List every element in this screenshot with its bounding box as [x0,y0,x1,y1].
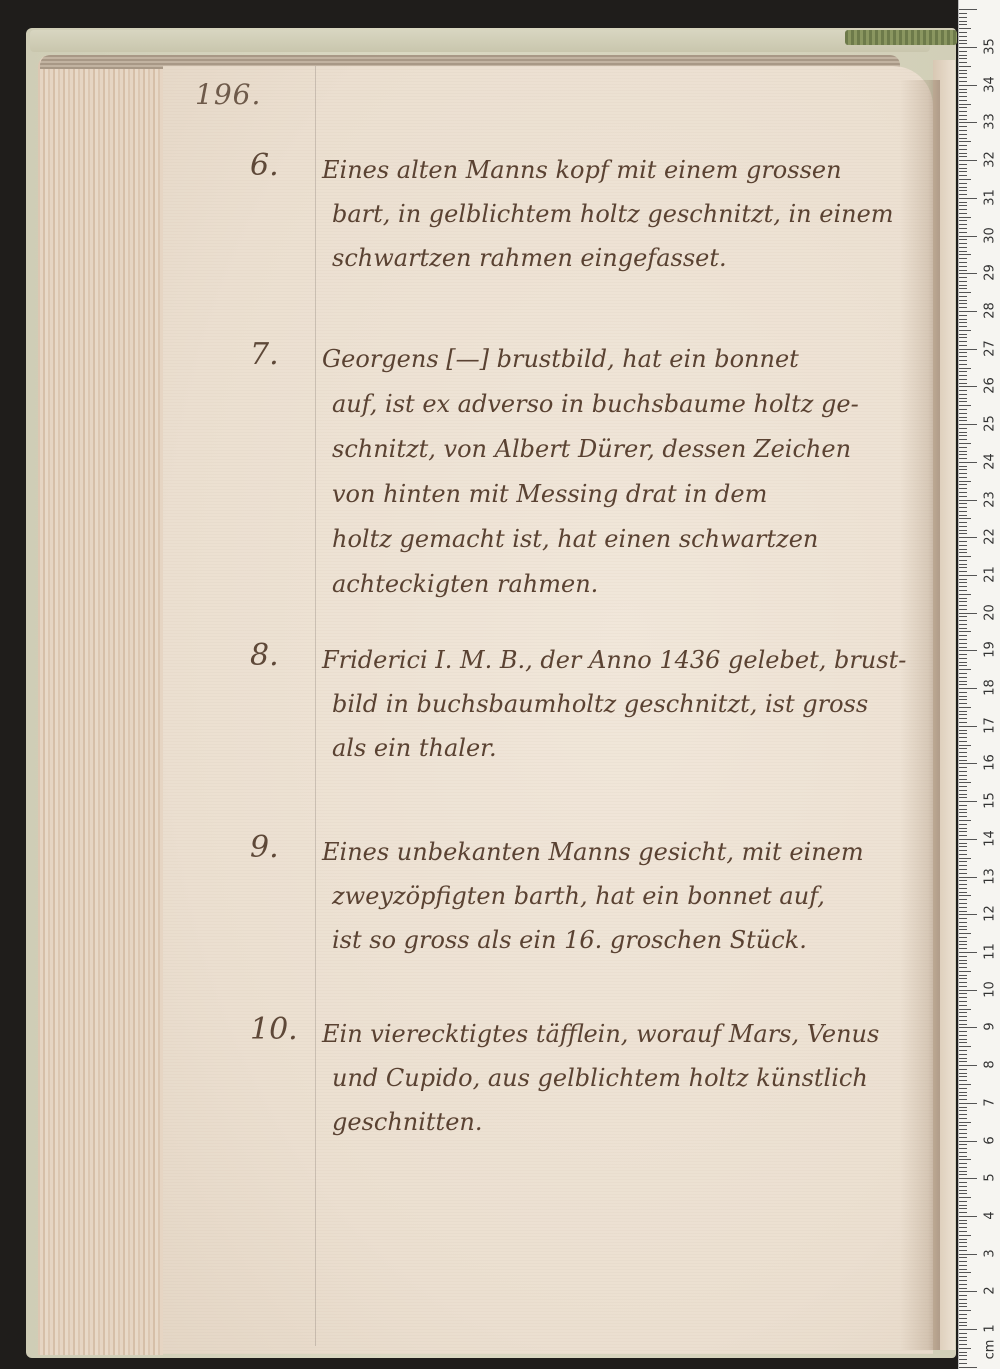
ruler-tick [959,1208,967,1209]
ruler-tick [959,13,967,14]
ruler-tick [959,564,967,565]
ruler-tick [959,100,967,101]
ruler-tick [959,1352,967,1353]
ruler-cm-label: 31 [983,186,998,208]
entry-number: 6. [250,148,305,183]
entry-line: bart, in gelblichtem holtz geschnitzt, i… [322,192,912,236]
ruler-cm-label: 11 [983,940,998,962]
ruler-tick [959,77,967,78]
ruler-tick [959,1133,967,1134]
entry-line: schwartzen rahmen eingefasset. [322,236,912,280]
ruler-tick [959,273,977,274]
ruler-tick [959,692,967,693]
ruler-tick [959,1344,967,1345]
ruler-tick [959,330,971,331]
ruler-tick [959,462,977,463]
ruler-tick [959,58,967,59]
ruler-tick [959,345,967,346]
ruler-tick [959,92,967,93]
ruler-tick [959,1016,967,1017]
ruler-cm-label: 28 [983,299,998,321]
ruler-tick [959,1174,967,1175]
ruler-tick [959,1042,967,1043]
ruler-tick [959,409,967,410]
ruler-tick [959,763,977,764]
ruler-cm-label: 2 [983,1280,998,1302]
ruler-tick [959,609,967,610]
entry-line: ist so gross als ein 16. groschen Stück. [322,918,912,962]
ruler-cm-label: 1 [983,1318,998,1340]
ruler-tick [959,775,967,776]
ruler-tick [959,635,967,636]
ruler-tick [959,1129,967,1130]
ruler-tick [959,1269,967,1270]
measurement-ruler-cm: cm 3534333231302928272625242322212019181… [958,0,1000,1369]
ruler-tick [959,187,967,188]
ruler-tick [959,1012,967,1013]
ruler-cm-label: 24 [983,450,998,472]
ruler-tick [959,243,967,244]
ruler-tick [959,944,967,945]
ruler-tick [959,1065,977,1066]
ruler-tick [959,488,967,489]
ruler-tick [959,1080,967,1081]
ruler-tick [959,911,967,912]
ruler-tick [959,541,967,542]
ruler-tick [959,1337,967,1338]
ruler-tick [959,352,967,353]
ruler-tick [959,963,967,964]
ruler-tick [959,1314,967,1315]
entry-line: Eines unbekanten Manns gesicht, mit eine… [322,830,912,874]
ruler-tick [959,266,967,267]
entry-line: Ein vierecktigtes täfflein, worauf Mars,… [322,1012,912,1056]
entry-line: und Cupido, aus gelblichtem holtz künstl… [322,1056,912,1100]
ruler-tick [959,978,967,979]
ruler-tick [959,1190,967,1191]
ruler-tick [959,428,967,429]
entry-number: 7. [250,337,305,372]
entry-number: 8. [250,638,305,673]
ruler-tick [959,322,967,323]
ruler-tick [959,451,967,452]
ruler-tick [959,73,967,74]
ruler-tick [959,1306,967,1307]
ruler-tick [959,952,977,953]
ruler-tick [959,390,967,391]
ruler-tick [959,854,967,855]
ruler-tick [959,43,967,44]
ruler-tick [959,1295,967,1296]
ruler-tick [959,812,967,813]
ruler-tick [959,281,967,282]
ruler-tick [959,880,967,881]
ruler-tick [959,209,967,210]
book-binding-top-edge [30,30,930,52]
ruler-tick [959,549,967,550]
ruler-tick [959,405,971,406]
ruler-tick [959,575,977,576]
ruler-tick [959,681,967,682]
entry-text: Friderici I. M. B., der Anno 1436 gelebe… [322,638,912,770]
ruler-tick [959,1280,967,1281]
ruler-tick [959,816,967,817]
ruler-tick [959,828,967,829]
ruler-tick [959,198,977,199]
ruler-tick [959,877,977,878]
ruler-tick [959,285,967,286]
ruler-tick [959,1163,967,1164]
ruler-tick [959,843,967,844]
ruler-tick [959,971,971,972]
ruler-tick [959,1254,977,1255]
ruler-tick [959,1239,967,1240]
ruler-tick [959,1118,967,1119]
entry-line: von hinten mit Messing drat in dem [322,472,912,517]
ruler-tick [959,153,967,154]
ruler-tick [959,892,967,893]
ruler-tick [959,711,967,712]
ruler-cm-label: 16 [983,752,998,774]
ruler-tick [959,341,967,342]
ruler-tick [959,741,967,742]
ruler-tick [959,1159,971,1160]
ruler-cm-label: 23 [983,488,998,510]
ruler-tick [959,1054,967,1055]
ruler-tick [959,1193,967,1194]
ruler-tick [959,714,967,715]
ruler-cm-label: 4 [983,1204,998,1226]
ruler-tick [959,1257,967,1258]
ruler-tick [959,171,967,172]
entry-line: schnitzt, von Albert Dürer, dessen Zeich… [322,427,912,472]
ruler-cm-label: 32 [983,149,998,171]
ruler-tick [959,383,967,384]
ruler-tick [959,933,971,934]
page-fore-edge-stack [38,55,163,1355]
ruler-tick [959,801,977,802]
ruler-tick [959,503,967,504]
ruler-cm-label: 35 [983,36,998,58]
ruler-cm-label: 18 [983,677,998,699]
ruler-tick [959,435,967,436]
ruler-tick [959,251,967,252]
ruler-tick [959,194,967,195]
ruler-tick [959,756,967,757]
entry-line: auf, ist ex adverso in buchsbaume holtz … [322,382,912,427]
ruler-tick [959,296,967,297]
ruler-cm-label: 9 [983,1016,998,1038]
ruler-tick [959,262,967,263]
ruler-tick [959,303,967,304]
ruler-cm-label: 14 [983,827,998,849]
ruler-tick [959,986,967,987]
entry-line: geschnitten. [322,1100,912,1144]
ruler-tick [959,507,967,508]
ruler-tick [959,982,967,983]
ruler-tick [959,858,971,859]
ruler-tick [959,601,967,602]
ruler-cm-label: 33 [983,111,998,133]
ruler-tick [959,1201,967,1202]
ruler-tick [959,620,967,621]
ruler-tick [959,156,967,157]
ruler-tick [959,51,967,52]
ruler-tick [959,183,967,184]
ruler-tick [959,145,967,146]
ruler-tick [959,228,967,229]
ruler-tick [959,1227,967,1228]
ruler-tick [959,1284,967,1285]
ruler-tick [959,424,977,425]
ruler-tick [959,1355,967,1356]
ruler-tick [959,1114,967,1115]
ruler-tick [959,360,967,361]
ruler-unit-label: cm [983,1339,998,1361]
entry-line: bild in buchsbaumholtz geschnitzt, ist g… [322,682,912,726]
ruler-tick [959,28,971,29]
ruler-tick [959,1303,967,1304]
ruler-tick [959,55,967,56]
ruler-tick [959,492,967,493]
ruler-tick [959,1246,967,1247]
ruler-tick [959,515,967,516]
ruler-cm-label: 34 [983,73,998,95]
ruler-tick [959,594,971,595]
ruler-tick [959,1325,967,1326]
ruler-tick [959,24,967,25]
ruler-tick [959,552,967,553]
ruler-tick [959,797,967,798]
ruler-tick [959,47,977,48]
ruler-tick [959,1061,967,1062]
ruler-tick [959,168,967,169]
ruler-tick [959,496,967,497]
ruler-tick [959,401,967,402]
ruler-tick [959,213,967,214]
ruler-tick [959,545,967,546]
ruler-tick [959,1035,967,1036]
ruler-tick [959,1122,971,1123]
ruler-tick [959,737,967,738]
ruler-cm-label: 19 [983,639,998,661]
ruler-tick [959,707,971,708]
ruler-tick [959,1148,967,1149]
ruler-tick [959,914,977,915]
ruler-tick [959,458,967,459]
ruler-tick [959,1137,967,1138]
ruler-tick [959,1171,967,1172]
ruler-tick [959,104,971,105]
ruler-tick [959,782,971,783]
ruler-tick [959,292,971,293]
ruler-tick [959,21,967,22]
ruler-tick [959,861,967,862]
ruler-tick [959,1103,977,1104]
ruler-tick [959,673,967,674]
ruler-cm-label: 30 [983,224,998,246]
ruler-tick [959,1092,967,1093]
ruler-tick [959,805,967,806]
ruler-tick [959,1329,977,1330]
ruler-tick [959,809,967,810]
ruler-tick [959,530,967,531]
ruler-tick [959,337,967,338]
ruler-tick [959,1276,967,1277]
ruler-tick [959,537,977,538]
ruler-cm-label: 13 [983,865,998,887]
ruler-tick [959,993,967,994]
ruler-tick [959,473,967,474]
ruler-tick [959,220,967,221]
ruler-tick [959,1009,971,1010]
entry-text: Eines unbekanten Manns gesicht, mit eine… [322,830,912,962]
ruler-tick [959,371,967,372]
ruler-tick [959,533,967,534]
entry-line: als ein thaler. [322,726,912,770]
ruler-tick [959,598,967,599]
entry-line: holtz gemacht ist, hat einen schwartzen [322,517,912,562]
ruler-tick [959,1005,967,1006]
ruler-tick [959,586,967,587]
ruler-tick [959,650,977,651]
ruler-tick [959,895,971,896]
ruler-tick [959,1363,967,1364]
ruler-tick [959,160,977,161]
ruler-tick [959,40,967,41]
ruler-tick [959,1069,967,1070]
ruler-tick [959,149,967,150]
ruler-tick [959,1272,971,1273]
ruler-tick [959,111,967,112]
ruler-tick [959,364,967,365]
ruler-tick [959,1220,967,1221]
ruler-tick [959,948,967,949]
ruler-tick [959,937,967,938]
ruler-tick [959,722,967,723]
ruler-tick [959,628,967,629]
ruler-tick [959,394,967,395]
ruler-tick [959,745,971,746]
ruler-tick [959,375,967,376]
ruler-tick [959,1265,967,1266]
ruler-tick [959,1099,967,1100]
ruler-tick [959,771,967,772]
ruler-tick [959,1058,967,1059]
ruler-tick [959,850,967,851]
entry-text: Georgens [—] brustbild, hat ein bonnet a… [322,337,912,607]
ruler-tick [959,1084,971,1085]
ruler-tick [959,1235,971,1236]
ruler-tick [959,469,967,470]
ruler-tick [959,1348,971,1349]
entry-line: Friderici I. M. B., der Anno 1436 gelebe… [322,638,912,682]
ruler-tick [959,1322,967,1323]
ruler-tick [959,420,967,421]
ruler-cm-label: 6 [983,1129,998,1151]
ruler-cm-label: 20 [983,601,998,623]
ruler-tick [959,624,967,625]
ruler-tick [959,684,967,685]
ruler-cm-label: 26 [983,375,998,397]
ruler-tick [959,1046,971,1047]
ruler-tick [959,81,967,82]
ruler-tick [959,1367,977,1368]
ruler-tick [959,846,967,847]
ruler-tick [959,66,971,67]
ruler-tick [959,1020,967,1021]
ruler-tick [959,1261,967,1262]
ruler-tick [959,247,967,248]
ruler-tick [959,990,977,991]
ruler-tick [959,239,967,240]
ruler-tick [959,175,967,176]
ruler-tick [959,164,967,165]
ruler-tick [959,85,977,86]
ruler-tick [959,190,967,191]
entry-line: Eines alten Manns kopf mit einem grossen [322,148,912,192]
ruler-tick [959,967,967,968]
ruler-tick [959,605,967,606]
ruler-tick [959,1156,967,1157]
ruler-tick [959,518,971,519]
ruler-tick [959,17,967,18]
ruler-tick [959,960,967,961]
ruler-tick [959,1359,967,1360]
ruler-cm-label: 12 [983,903,998,925]
ruler-tick [959,790,967,791]
ruler-cm-label: 29 [983,262,998,284]
ruler-tick [959,1095,967,1096]
ruler-tick [959,1152,967,1153]
ruler-tick [959,130,967,131]
ruler-tick [959,696,967,697]
ruler-tick [959,582,967,583]
ruler-tick [959,1024,967,1025]
green-headband [845,30,957,45]
ruler-tick [959,662,967,663]
ruler-tick [959,270,967,271]
ruler-tick [959,1182,967,1183]
ruler-tick [959,1027,977,1028]
ruler-tick [959,975,967,976]
entry-line: Georgens [—] brustbild, hat ein bonnet [322,337,912,382]
ruler-tick [959,1039,967,1040]
ruler-tick [959,1107,967,1108]
page-number: 196. [195,78,261,111]
ruler-tick [959,477,967,478]
ruler-tick [959,368,971,369]
ruler-tick [959,454,967,455]
ruler-tick [959,1340,967,1341]
ruler-tick [959,941,967,942]
ruler-tick [959,669,971,670]
ruler-tick [959,481,971,482]
ruler-tick [959,1050,967,1051]
ruler-tick [959,1310,971,1311]
ruler-tick [959,443,971,444]
ruler-tick [959,639,967,640]
ruler-tick [959,115,967,116]
ruler-tick [959,179,971,180]
ruler-tick [959,122,977,123]
ruler-tick [959,956,967,957]
ruler-tick [959,899,967,900]
ruler-tick [959,447,967,448]
ruler-tick [959,1088,967,1089]
ruler-tick [959,760,967,761]
ruler-tick [959,526,967,527]
